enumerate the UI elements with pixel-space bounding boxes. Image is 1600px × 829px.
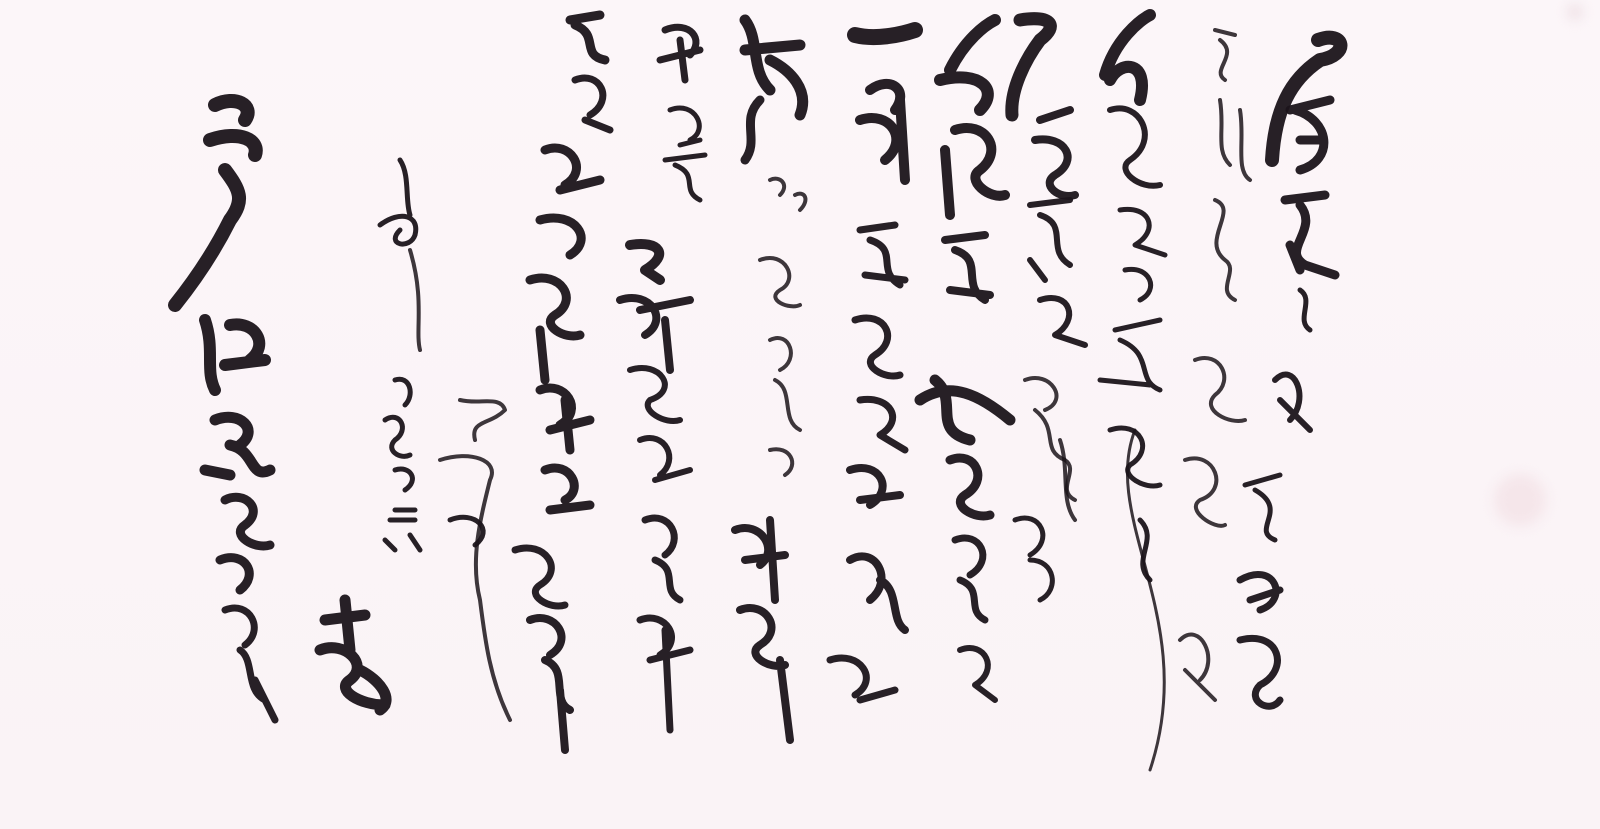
brush-stroke	[1012, 19, 1051, 115]
calligraphy-ink-layer	[0, 0, 1600, 829]
brush-stroke	[950, 458, 990, 516]
calligraphy-column-13-addressee	[175, 101, 275, 720]
brush-stroke	[735, 520, 785, 600]
brush-stroke	[385, 510, 420, 550]
brush-stroke	[1105, 15, 1150, 100]
calligraphy-column-9	[515, 15, 610, 750]
brush-stroke	[220, 497, 270, 590]
brush-stroke	[770, 338, 800, 430]
brush-stroke	[640, 438, 690, 480]
calligraphy-column-10-flourish	[440, 400, 510, 720]
brush-stroke	[575, 78, 610, 130]
brush-stroke	[920, 380, 1010, 440]
brush-stroke	[940, 20, 995, 110]
brush-stroke	[670, 108, 700, 145]
brush-stroke	[410, 250, 420, 350]
brush-stroke	[545, 468, 590, 510]
calligraphy-column-12-signature	[320, 600, 386, 710]
calligraphy-column-5	[920, 20, 1010, 700]
brush-stroke	[395, 379, 410, 405]
brush-stroke	[1220, 100, 1250, 180]
brush-stroke	[640, 618, 690, 730]
brush-stroke	[1300, 290, 1310, 330]
brush-stroke	[540, 148, 600, 255]
brush-stroke	[1285, 195, 1335, 275]
brush-stroke	[515, 548, 565, 606]
brush-stroke	[1245, 475, 1280, 540]
brush-stroke	[855, 30, 915, 37]
brush-stroke	[1015, 518, 1052, 600]
brush-stroke	[205, 320, 265, 390]
brush-stroke	[1030, 200, 1070, 280]
brush-stroke	[860, 84, 905, 180]
brush-stroke	[1035, 110, 1075, 196]
brush-stroke	[540, 388, 590, 450]
brush-stroke	[660, 27, 700, 80]
brush-stroke	[175, 101, 256, 305]
brush-stroke	[945, 128, 1005, 215]
brush-stroke	[1110, 108, 1160, 185]
brush-stroke	[1290, 100, 1330, 170]
brush-stroke	[850, 468, 900, 505]
calligraphy-column-8	[620, 27, 705, 730]
brush-stroke	[530, 618, 570, 750]
brush-stroke	[745, 100, 760, 160]
brush-stroke	[960, 648, 995, 700]
brush-stroke	[1110, 428, 1160, 486]
brush-stroke	[225, 608, 275, 720]
calligraphy-column-4	[1012, 19, 1085, 600]
calligraphy-column-1	[1240, 38, 1340, 707]
brush-stroke	[645, 518, 680, 600]
brush-stroke	[1215, 30, 1235, 80]
brush-stroke	[945, 235, 990, 300]
brush-stroke	[1215, 200, 1235, 300]
brush-stroke	[1185, 458, 1225, 525]
brush-stroke	[1180, 635, 1215, 700]
calligraphy-column-3	[1100, 15, 1165, 580]
brush-stroke	[440, 400, 510, 720]
brush-stroke	[860, 399, 905, 450]
calligraphy-column-7	[735, 20, 805, 740]
brush-stroke	[740, 608, 790, 740]
brush-stroke	[770, 179, 805, 210]
calligraphy-column-6	[830, 30, 915, 700]
brush-stroke	[1040, 298, 1085, 345]
brush-stroke	[850, 556, 905, 630]
brush-stroke	[1240, 574, 1280, 706]
brush-stroke	[1120, 209, 1165, 300]
brush-stroke	[380, 160, 416, 244]
brush-stroke	[570, 15, 605, 60]
brush-stroke	[955, 538, 985, 620]
brush-stroke	[385, 417, 412, 490]
brush-stroke	[770, 449, 792, 475]
brush-stroke	[1275, 375, 1310, 430]
brush-stroke	[630, 368, 680, 421]
brush-stroke	[860, 225, 905, 285]
brush-stroke	[855, 318, 900, 376]
brush-stroke	[830, 658, 895, 700]
brush-stroke	[1195, 358, 1245, 421]
brush-stroke	[630, 244, 660, 280]
brush-stroke	[620, 298, 690, 370]
calligraphy-column-11-date	[380, 160, 420, 550]
brush-stroke	[320, 600, 386, 710]
brush-stroke	[760, 258, 800, 306]
brush-stroke	[530, 278, 580, 380]
brush-stroke	[1100, 320, 1160, 390]
brush-stroke	[665, 155, 705, 200]
brush-stroke	[205, 417, 270, 475]
